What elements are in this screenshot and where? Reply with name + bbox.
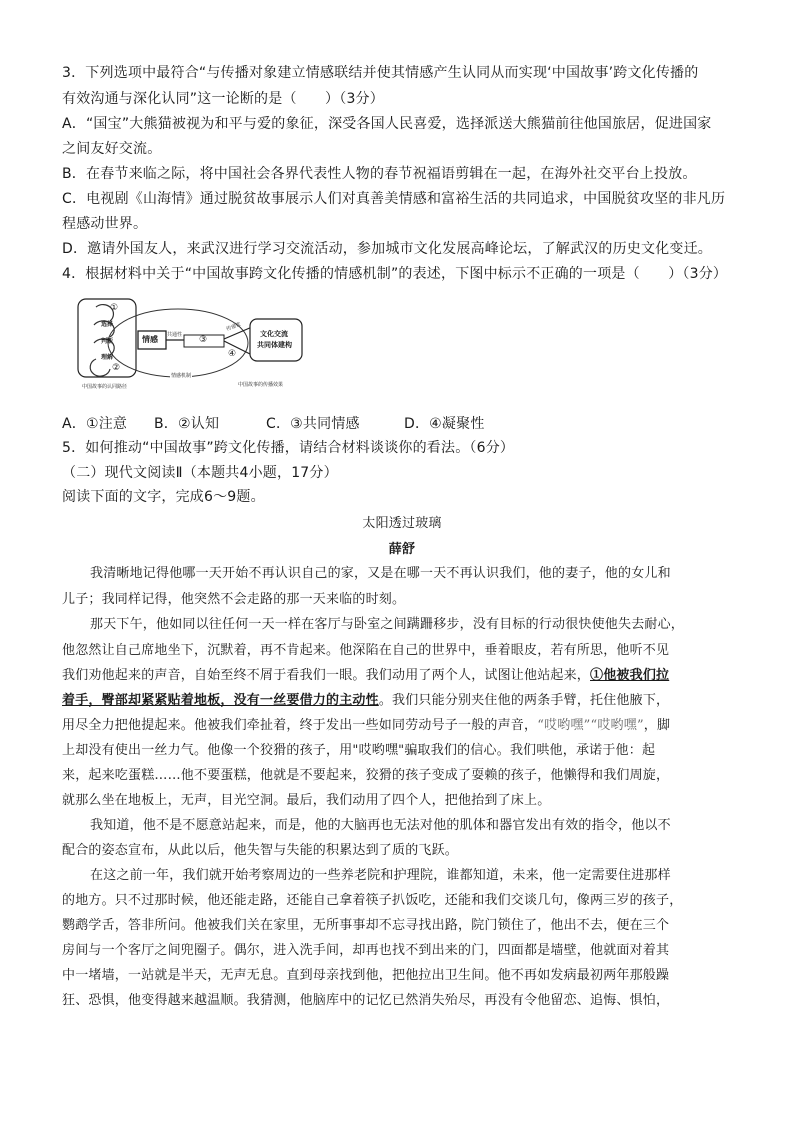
diagram-caption-right: 中国故事的传播效果 — [238, 381, 283, 388]
diagram-circle-3: ③ — [199, 335, 207, 345]
q4-option-c: C．③共同情感 — [266, 413, 404, 435]
article-p2-line5-quote: “哎哟嘿”“哎哟嘿” — [537, 718, 644, 733]
article-p4-line6: 狂、恐惧，他变得越来越温顺。我猜测，他脑库中的记忆已然消失殆尽，再没有令他留恋、… — [62, 990, 742, 1012]
diagram-step-understand: 理解 — [101, 352, 113, 361]
article-p4-line5: 中一堵墙，一站就是半天，无声无息。直到母亲找到他，把他拉出卫生间。他不再如发病最… — [62, 965, 742, 987]
article-p4-line3: 鹦鹉学舌，答非所问。他被我们关在家里，无所事事却不忘寻找出路，院门锁住了，他出不… — [62, 915, 742, 937]
article-author: 薛舒 — [62, 539, 742, 561]
q4-option-b: B．②认知 — [154, 413, 266, 435]
section2-heading: （二）现代文阅读Ⅱ（本题共4小题，17分） — [62, 462, 742, 484]
q3-option-a-line1: A．“国宝”大熊猫被视为和平与爱的象征，深受各国人民喜爱，选择派送大熊猫前往他国… — [62, 113, 742, 135]
article-p3-line2: 配合的姿态宣布，从此以后，他失智与失能的积累达到了质的飞跃。 — [62, 840, 742, 862]
article-p2-line5: 用尽全力把他提起来。他被我们牵扯着，终于发出一些如同劳动号子一般的声音，“哎哟嘿… — [62, 715, 742, 737]
q3-stem-line1: 3．下列选项中最符合“与传播对象建立情感联结并使其情感产生认同从而实现‘中国故事… — [62, 62, 742, 84]
article-p2-line4-text: 。我们只能分别夹住他的两条手臂，托住他腋下， — [379, 693, 669, 708]
article-p2-line2: 他忽然让自己席地坐下，沉默着，再不肯起来。他深陷在自己的世界中，垂着眼皮，若有所… — [62, 640, 742, 662]
diagram-edge-commonality: 共通性 — [167, 331, 182, 338]
q3-option-c-line1: C．电视剧《山海情》通过脱贫故事展示人们对真善美情感和富裕生活的共同追求，中国脱… — [62, 188, 742, 210]
article-p1-line2: 儿子；我同样记得，他突然不会走路的那一天来临的时刻。 — [62, 589, 742, 611]
diagram-mechanism-label: 情感机制 — [170, 372, 192, 379]
q5-stem: 5．如何推动“中国故事”跨文化传播，请结合材料谈谈你的看法。（6分） — [62, 437, 742, 459]
article-p4-line4: 房间与一个客厅之间兜圈子。偶尔，进入洗手间，却再也找不到出来的门，四面都是墙壁，… — [62, 940, 742, 962]
q3-option-b: B．在春节来临之际，将中国社会各界代表性人物的春节祝福语剪辑在一起，在海外社交平… — [62, 163, 742, 185]
diagram-caption-left: 中国故事的认同路径 — [82, 383, 127, 390]
diagram-result-line1: 文化交流 — [260, 329, 288, 339]
q4-stem: 4．根据材料中关于“中国故事跨文化传播的情感机制”的表述，下图中标示不正确的一项… — [62, 263, 742, 285]
diagram-circle-4: ④ — [228, 349, 236, 359]
q3-option-d: D．邀请外国友人，来武汉进行学习交流活动，参加城市文化发展高峰论坛，了解武汉的历… — [62, 238, 742, 260]
q4-option-a: A．①注意 — [62, 413, 154, 435]
article-p2-line5-text: 用尽全力把他提起来。他被我们牵扯着，终于发出一些如同劳动号子一般的声音， — [62, 718, 537, 733]
q4-option-d: D．④凝聚性 — [404, 413, 485, 435]
article-p2-line3: 我们劝他起来的声音，自始至终不屑于看我们一眼。我们动用了两个人，试图让他站起来，… — [62, 665, 742, 687]
diagram-circle-2: ② — [112, 363, 120, 373]
article-p2-line7: 来，起来吃蛋糕……他不要蛋糕，他就是不要起来，狡猾的孩子变成了耍赖的孩子，他懒得… — [62, 765, 742, 787]
article-p2-line8: 就那么坐在地板上，无声，目光空洞。最后，我们动用了四个人，把他抬到了床上。 — [62, 790, 742, 812]
article-p2-line6: 上却没有使出一丝力气。他像一个狡猾的孩子，用"哎哟嘿"骗取我们的信心。我们哄他，… — [62, 740, 742, 762]
q3-option-c-line2: 程感动世界。 — [62, 213, 742, 235]
article-p3-line1: 我知道，他不是不愿意站起来，而是，他的大脑再也无法对他的肌体和器官发出有效的指令… — [62, 815, 742, 837]
underlined-sentence-1-start: ①他被我们拉 — [590, 668, 669, 683]
diagram-emotion-box: 情感 — [142, 334, 158, 345]
article-p1-line1: 我清晰地记得他哪一天开始不再认识自己的家，又是在哪一天不再认识我们，他的妻子，他… — [62, 563, 742, 585]
article-title: 太阳透过玻璃 — [62, 513, 742, 535]
diagram-result-line2: 共同体建构 — [257, 340, 292, 350]
article-p2-line1: 那天下午，他如同以往任何一天一样在客厅与卧室之间蹒跚移步，没有目标的行动很快使他… — [62, 614, 742, 636]
diagram-step-select: 选择 — [101, 319, 113, 328]
article-p2-line3-text: 我们劝他起来的声音，自始至终不屑于看我们一眼。我们动用了两个人，试图让他站起来， — [62, 668, 590, 683]
emotion-mechanism-diagram: ① 选择 判断 理解 ② 情感 共通性 ③ 传递性 ④ 文化交流 共同体建构 情… — [74, 295, 306, 395]
article-p4-line2: 的地方。只不过那时候，他还能走路，还能自己拿着筷子扒饭吃，还能和我们交谈几句，像… — [62, 890, 742, 912]
article-p2-line4: 着手，臀部却紧紧贴着地板，没有一丝要借力的主动性。我们只能分别夹住他的两条手臂，… — [62, 690, 742, 712]
exam-page: 3．下列选项中最符合“与传播对象建立情感联结并使其情感产生认同从而实现‘中国故事… — [0, 0, 794, 1123]
q3-stem-line2: 有效沟通与深化认同”这一论断的是（ ）（3分） — [62, 88, 742, 110]
section2-instruction: 阅读下面的文字，完成6～9题。 — [62, 486, 742, 508]
diagram-step-judge: 判断 — [101, 336, 113, 345]
article-p4-line1: 在这之前一年，我们就开始考察周边的一些养老院和护理院，谁都知道，未来，他一定需要… — [62, 865, 742, 887]
q3-option-a-line2: 之间友好交流。 — [62, 138, 742, 160]
article-p2-line5-tail: ，脚 — [644, 718, 670, 733]
q4-options: A．①注意B．②认知C．③共同情感D．④凝聚性 — [62, 413, 742, 435]
underlined-sentence-1-end: 着手，臀部却紧紧贴着地板，没有一丝要借力的主动性 — [62, 693, 379, 708]
diagram-circle-1: ① — [110, 303, 118, 313]
